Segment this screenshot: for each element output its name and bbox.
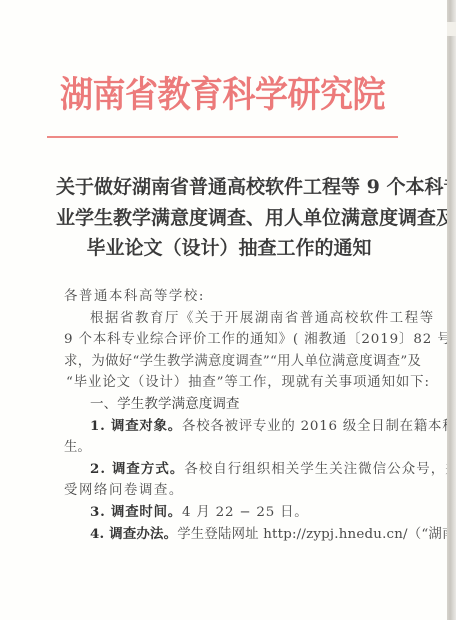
item-text: 4 月 22 − 25 日。 [182, 505, 308, 520]
item-label: 4. 调查办法。 [90, 526, 177, 542]
item-continuation: 生。 [64, 437, 397, 459]
document-page: 湖南省教育科学研究院 关于做好湖南省普通高校软件工程等 9 个本科专 业学生教学… [0, 0, 448, 620]
item-label: 3. 调查时间。 [90, 504, 182, 520]
list-item: 4. 调查办法。学生登陆网址 http://zypj.hnedu.cn/（“湖南… [64, 524, 397, 546]
title-line: 关于做好湖南省普通高校软件工程等 9 个本科专 [56, 172, 402, 203]
item-text: 各校各被评专业的 2016 级全日制在籍本科学 [182, 419, 456, 434]
intro-paragraph-line: 9 个本科专业综合评价工作的通知》( 湘教通〔2019〕82 号 ) 要 [64, 329, 397, 351]
item-text: 各校自行组织相关学生关注微信公众号，并接 [184, 462, 456, 477]
item-continuation: 受网络问卷调查。 [64, 480, 397, 502]
section-heading: 一、学生教学满意度调查 [64, 394, 397, 416]
organization-letterhead: 湖南省教育科学研究院 [60, 70, 390, 120]
list-item: 1. 调查对象。各校各被评专业的 2016 级全日制在籍本科学 [64, 416, 397, 438]
intro-paragraph-line: 根据省教育厅《关于开展湖南省普通高校软件工程等 [64, 308, 397, 330]
title-line: 业学生教学满意度调查、用人单位满意度调查及 [56, 203, 402, 234]
scan-shadow-edge [447, 0, 456, 620]
document-body: 各普通本科高等学校: 根据省教育厅《关于开展湖南省普通高校软件工程等 9 个本科… [64, 286, 397, 545]
list-item: 2. 调查方式。各校自行组织相关学生关注微信公众号，并接 [64, 459, 397, 481]
salutation: 各普通本科高等学校: [64, 286, 397, 308]
title-line: 毕业论文（设计）抽查工作的通知 [56, 233, 402, 264]
intro-paragraph-line: “毕业论文（设计）抽查”等工作，现就有关事项通知如下: [64, 372, 397, 394]
letterhead-divider [47, 136, 398, 138]
item-text: 学生登陆网址 http://zypj.hnedu.cn/（“湖南省普 [177, 527, 456, 542]
item-label: 1. 调查对象。 [90, 418, 182, 434]
item-label: 2. 调查方式。 [90, 461, 184, 477]
document-title: 关于做好湖南省普通高校软件工程等 9 个本科专 业学生教学满意度调查、用人单位满… [56, 172, 402, 264]
list-item: 3. 调查时间。4 月 22 − 25 日。 [64, 502, 397, 524]
intro-paragraph-line: 求，为做好“学生教学满意度调查”“用人单位满意度调查”及 [64, 351, 397, 373]
